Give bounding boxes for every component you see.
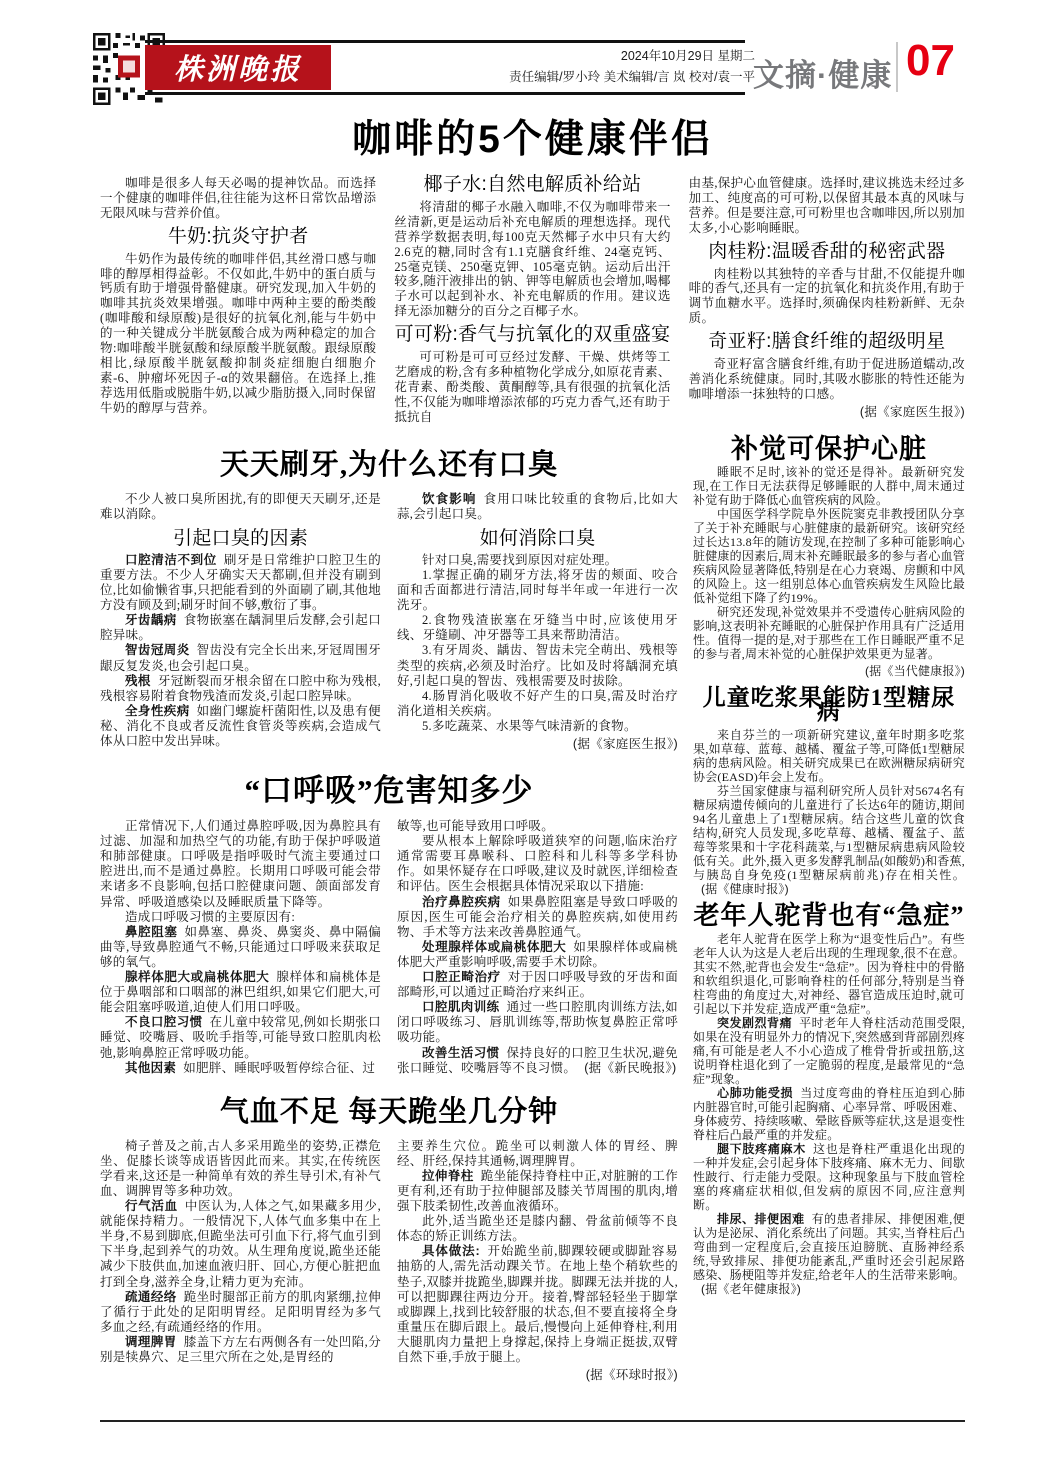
mouth-breathing-source: (据《新民晚报》) [584,1061,676,1075]
kneel-item: 调理脾胃膝盖下方左右两侧各有一处凹陷,分别是犊鼻穴、足三里穴所在之处,是胃经的 [100,1335,381,1365]
mouth-lead: 腺样体肥大或扁桃体肥大 [125,970,269,984]
coffee-cocoa-head: 可可粉:香气与抗氧化的双重盛宴 [394,328,670,343]
bad-breath-causes-head: 引起口臭的因素 [100,531,381,546]
mouth-item: 处理腺样体或扁桃体肥大如果腺样体或扁桃体肥大严重影响呼吸,需要手术切除。 [397,940,678,970]
remove-item: 4.肠胃消化吸收不好产生的口臭,需及时治疗消化道相关疾病。 [397,689,678,719]
cause-item: 饮食影响食用口味比较重的食物后,比如大蒜,会引起口臭。 [397,492,678,522]
kneel-text: 开始跪坐前,脚踝较硬或脚趾容易抽筋的人,需先活动踝关节。在地上垫个稍软些的垫子,… [397,1244,678,1364]
mouth-paragraph: 造成口呼吸习惯的主要原因有: [100,910,381,925]
coffee-milk-body: 牛奶作为最传统的咖啡伴侣,其丝滑口感与咖啡的醇厚相得益彰。不仅如此,牛奶中的蛋白… [100,252,376,416]
remove-item: 2.食物残渣嵌塞在牙缝当中时,应该使用牙线、牙缝刷、冲牙器等工具来帮助清洁。 [397,613,678,643]
mouth-lead: 其他因素 [125,1061,176,1075]
bad-breath-intro: 不少人被口臭所困扰,有的即便天天刷牙,还是难以消除。 [100,492,381,522]
mouth-lead: 不良口腔习惯 [125,1015,203,1029]
hunchback-paragraph: 老年人驼背在医学上称为“退变性后凸”。有些老年人认为这是人老后出现的生理现象,很… [693,932,965,1016]
cause-item: 智齿冠周炎智齿没有完全长出来,牙冠周围牙龈反复发炎,也会引起口臭。 [100,643,381,673]
berries-paragraph: 来自芬兰的一项新研究建议,童年时期多吃浆果,如草莓、蓝莓、越橘、覆盆子等,可降低… [693,728,965,784]
nap-source: (据《当代健康报》) [693,664,965,678]
article-mouth-breathing: “口呼吸”危害知多少 正常情况下,人们通过鼻腔呼吸,因为鼻腔具有过滤、加湿和加热… [100,765,678,1076]
article-mouth-breathing-title: “口呼吸”危害知多少 [100,765,678,810]
coffee-coconut-body: 将清甜的椰子水融入咖啡,不仅为咖啡带来一丝清新,更是运动后补充电解质的理想选择。… [394,200,670,319]
hunchback-lead: 排尿、排便困难 [717,1212,805,1226]
mouth-text: 如肥胖、睡眠呼吸暂停综合征、过 [183,1061,375,1075]
remove-item: 5.多吃蔬菜、水果等气味清新的食物。 [397,719,678,734]
right-rail: 补觉可保护心脏 睡眠不足时,该补的觉还是得补。最新研究发现,在工作日无法获得足够… [693,438,965,1397]
cause-lead: 残根 [125,674,151,688]
coffee-coconut-head: 椰子水:自然电解质补给站 [394,178,670,193]
nap-paragraph: 睡眠不足时,该补的觉还是得补。最新研究发现,在工作日无法获得足够睡眠的人群中,周… [693,465,965,507]
editors-line: 责任编辑/罗小玲 美术编辑/言 岚 校对/袁一平 [400,67,755,88]
coffee-column-3: 由基,保护心血管健康。选择时,建议挑选未经过多加工、纯度高的可可粉,以保留其最本… [689,176,965,425]
kneeling-source: (据《环球时报》) [397,1368,678,1383]
kneel-lead: 调理脾胃 [125,1335,177,1349]
mouth-item: 改善生活习惯保持良好的口腔卫生状况,避免张口睡觉、咬嘴唇等不良习惯。(据《新民晚… [397,1046,678,1076]
date-line: 2024年10月29日 星期二 [400,46,755,67]
kneeling-column-1: 椅子普及之前,古人多采用跪坐的姿势,正襟危坐、促膝长谈等成语皆因此而来。其实,在… [100,1139,381,1384]
kneel-item: 疏通经络跪坐时腿部正前方的肌肉紧绷,拉伸了循行于此处的足阳明胃经。足阳明胃经为多… [100,1290,381,1335]
kneel-lead: 行气活血 [125,1199,178,1213]
masthead-logo: 株洲晚报 [145,45,331,90]
newspaper-page: 株洲晚报 2024年10月29日 星期二 责任编辑/罗小玲 美术编辑/言 岚 校… [0,0,1039,1459]
coffee-source: (据《家庭医生报》) [689,405,965,420]
mouth-paragraph: 正常情况下,人们通过鼻腔呼吸,因为鼻腔具有过滤、加湿和加热空气的功能,有助于保护… [100,819,381,910]
coffee-chia-head: 奇亚籽:膳食纤维的超级明星 [689,335,965,350]
mouth-item: 口腔肌肉训练通过一些口腔肌肉训练方法,如闭口呼吸练习、唇肌训练等,帮助恢复鼻腔正… [397,1000,678,1045]
cause-item: 牙齿龋病食物嵌塞在龋洞里后发酵,会引起口腔异味。 [100,613,381,643]
hunchback-lead: 心肺功能受损 [717,1086,793,1100]
article-kneeling-title: 气血不足 每天跪坐几分钟 [100,1089,678,1130]
berries-source: (据《健康时报》) [701,882,789,896]
mouth-breathing-column-1: 正常情况下,人们通过鼻腔呼吸,因为鼻腔具有过滤、加湿和加热空气的功能,有助于保护… [100,819,381,1076]
article-kneeling: 气血不足 每天跪坐几分钟 椅子普及之前,古人多采用跪坐的姿势,正襟危坐、促膝长谈… [100,1089,678,1384]
coffee-cocoa-body-part1: 可可粉是可可豆经过发酵、干燥、烘烤等工艺磨成的粉,含有多种植物化学成分,如原花青… [394,350,670,425]
hunchback-item: 突发剧烈背痛平时老年人脊柱活动范围受限,如果在没有明显外力的情况下,突然感到背部… [693,1016,965,1086]
hunchback-lead: 突发剧烈背痛 [717,1016,792,1030]
coffee-milk-head: 牛奶:抗炎守护者 [100,230,376,245]
section-title: 文摘·健康 [753,50,892,95]
mouth-paragraph: 敏等,也可能导致用口呼吸。 [397,819,678,834]
hunchback-item: 腿下肢疼痛麻木这也是脊柱严重退化出现的一种并发症,会引起身体下肢疼痛、麻木无力、… [693,1142,965,1212]
header-rule-top [145,40,745,43]
kneel-item: 行气活血中医认为,人体之气,如果藏多用少,就能保持精力。一般情况下,人体气血多集… [100,1199,381,1290]
cause-item: 全身性疾病如幽门螺旋杆菌阳性,以及患有便秘、消化不良或者反流性食管炎等疾病,会造… [100,704,381,749]
header-rule-bottom [145,92,745,95]
cause-lead: 全身性疾病 [125,704,190,718]
hunchback-lead: 腿下肢疼痛麻木 [717,1142,806,1156]
cause-item: 残根牙冠断裂而牙根余留在口腔中称为残根,残根容易附着食物残渣而发炎,引起口腔异味… [100,674,381,704]
nap-paragraph: 研究还发现,补觉效果并不受遗传心脏病风险的影响,这表明补充睡眠的心脏保护作用具有… [693,605,965,661]
mouth-lead: 口腔肌肉训练 [422,1000,500,1014]
mouth-item: 不良口腔习惯在儿童中较常见,例如长期张口睡觉、咬嘴唇、吸吮手指等,可能导致口腔肌… [100,1015,381,1060]
coffee-chia-body: 奇亚籽富含膳食纤维,有助于促进肠道蠕动,改善消化系统健康。同时,其吸水膨胀的特性… [689,357,965,402]
coffee-column-2: 椰子水:自然电解质补给站 将清甜的椰子水融入咖啡,不仅为咖啡带来一丝清新,更是运… [394,176,670,425]
header-divider [896,42,898,92]
mouth-item: 腺样体肥大或扁桃体肥大腺样体和扁桃体是位于鼻咽部和口咽部的淋巴组织,如果它们肥大… [100,970,381,1015]
mouth-paragraph: 要从根本上解除呼吸道狭窄的问题,临床治疗通常需要耳鼻喉科、口腔科和儿科等多学科协… [397,834,678,894]
bad-breath-column-1: 不少人被口臭所困扰,有的即便天天刷牙,还是难以消除。 引起口臭的因素 口腔清洁不… [100,492,381,753]
article-hunchback-title: 老年人驼背也有“急症” [693,909,965,923]
kneel-paragraph: 主要养生穴位。跪坐可以刺激人体的胃经、脾经、肝经,保持其通畅,调理脾胃。 [397,1139,678,1169]
bad-breath-remove-intro: 针对口臭,需要找到原因对症处理。 [397,553,678,568]
bad-breath-column-2: 饮食影响食用口味比较重的食物后,比如大蒜,会引起口臭。 如何消除口臭 针对口臭,… [397,492,678,753]
kneel-paragraph: 椅子普及之前,古人多采用跪坐的姿势,正襟危坐、促膝长谈等成语皆因此而来。其实,在… [100,1139,381,1199]
article-hunchback: 老年人驼背也有“急症” 老年人驼背在医学上称为“退变性后凸”。有些老年人认为这是… [693,909,965,1296]
page-content: 咖啡的5个健康伴侣 咖啡是很多人每天必喝的提神饮品。而选择一个健康的咖啡伴侣,往… [100,106,965,1396]
bad-breath-remove-head: 如何消除口臭 [397,531,678,546]
article-nap-title: 补觉可保护心脏 [693,442,965,456]
mouth-lead: 鼻腔阻塞 [125,925,178,939]
hunchback-source: (据《老年健康报》) [701,1282,801,1296]
kneeling-column-2: 主要养生穴位。跪坐可以刺激人体的胃经、脾经、肝经,保持其通畅,调理脾胃。 拉伸脊… [397,1139,678,1384]
article-coffee-title: 咖啡的5个健康伴侣 [100,108,965,164]
kneel-paragraph: 此外,适当跪坐还是膝内翻、骨盆前倾等不良体态的矫正训练方法。 [397,1214,678,1244]
mouth-item: 治疗鼻腔疾病如果鼻腔阻塞是导致口呼吸的原因,医生可能会治疗相关的鼻腔疾病,如使用… [397,895,678,940]
remove-item: 1.掌握正确的刷牙方法,将牙齿的颊面、咬合面和舌面都进行清洁,同时每半年或一年进… [397,568,678,613]
coffee-cinnamon-body: 肉桂粉以其独特的辛香与甘甜,不仅能提升咖啡的香气,还具有一定的抗氧化和抗炎作用,… [689,267,965,327]
mouth-lead: 改善生活习惯 [422,1046,500,1060]
berries-text: 芬兰国家健康与福利研究所人员针对5674名有糖尿病遗传倾向的儿童进行了长达6年的… [693,784,965,882]
coffee-column-1: 咖啡是很多人每天必喝的提神饮品。而选择一个健康的咖啡伴侣,往往能为这杯日常饮品增… [100,176,376,425]
mouth-lead: 治疗鼻腔疾病 [422,895,501,909]
coffee-cinnamon-head: 肉桂粉:温暖香甜的秘密武器 [689,245,965,260]
bottom-rule [100,1420,965,1422]
mouth-lead: 口腔正畸治疗 [422,970,501,984]
berries-paragraph: 芬兰国家健康与福利研究所人员针对5674名有糖尿病遗传倾向的儿童进行了长达6年的… [693,784,965,896]
kneel-lead: 拉伸脊柱 [422,1169,474,1183]
cause-item: 口腔清洁不到位刷牙是日常维护口腔卫生的重要方法。不少人牙确实天天都刷,但并没有刷… [100,553,381,613]
article-nap: 补觉可保护心脏 睡眠不足时,该补的觉还是得补。最新研究发现,在工作日无法获得足够… [693,442,965,678]
article-berries: 儿童吃浆果能防1型糖尿病 来自芬兰的一项新研究建议,童年时期多吃浆果,如草莓、蓝… [693,691,965,896]
kneel-item: 拉伸脊柱跪坐能保持脊柱中正,对脏腑的工作更有利,还有助于拉伸腿部及膝关节周围的肌… [397,1169,678,1214]
remove-item: 3.有牙周炎、龋齿、智齿未完全萌出、残根等类型的疾病,必须及时治疗。比如及时将龋… [397,643,678,688]
cause-lead: 饮食影响 [422,492,477,506]
mouth-item: 其他因素如肥胖、睡眠呼吸暂停综合征、过 [100,1061,381,1076]
mouth-item: 鼻腔阻塞如鼻塞、鼻炎、鼻窦炎、鼻中隔偏曲等,导致鼻腔通气不畅,只能通过口呼吸来获… [100,925,381,970]
cause-lead: 口腔清洁不到位 [125,553,217,567]
kneel-lead: 具体做法: [422,1244,480,1258]
coffee-intro: 咖啡是很多人每天必喝的提神饮品。而选择一个健康的咖啡伴侣,往往能为这杯日常饮品增… [100,176,376,221]
article-coffee: 咖啡的5个健康伴侣 咖啡是很多人每天必喝的提神饮品。而选择一个健康的咖啡伴侣,往… [100,108,965,425]
kneel-lead: 疏通经络 [125,1290,177,1304]
coffee-cocoa-body-part2: 由基,保护心血管健康。选择时,建议挑选未经过多加工、纯度高的可可粉,以保留其最本… [689,176,965,236]
hunchback-item: 排尿、排便困难有的患者排尿、排便困难,便认为是泌尿、消化系统出了问题。其实,当脊… [693,1212,965,1296]
header-meta: 2024年10月29日 星期二 责任编辑/罗小玲 美术编辑/言 岚 校对/袁一平 [400,46,755,88]
page-number: 07 [906,36,955,86]
kneel-item: 具体做法:开始跪坐前,脚踝较硬或脚趾容易抽筋的人,需先活动踝关节。在地上垫个稍软… [397,1244,678,1365]
cause-lead: 智齿冠周炎 [125,643,190,657]
mouth-item: 口腔正畸治疗对于因口呼吸导致的牙齿和面部畸形,可以通过正畸治疗来纠正。 [397,970,678,1000]
article-bad-breath: 天天刷牙,为什么还有口臭 不少人被口臭所困扰,有的即便天天刷牙,还是难以消除。 … [100,442,678,753]
article-bad-breath-title: 天天刷牙,为什么还有口臭 [100,442,678,483]
bad-breath-source: (据《家庭医生报》) [397,737,678,752]
mouth-lead: 处理腺样体或扁桃体肥大 [422,940,566,954]
cause-lead: 牙齿龋病 [125,613,177,627]
hunchback-item: 心肺功能受损当过度弯曲的脊柱压迫到心肺内脏器官时,可能引起胸痛、心率异常、呼吸困… [693,1086,965,1142]
article-berries-title: 儿童吃浆果能防1型糖尿病 [693,691,965,719]
mouth-breathing-column-2: 敏等,也可能导致用口呼吸。 要从根本上解除呼吸道狭窄的问题,临床治疗通常需要耳鼻… [397,819,678,1076]
nap-paragraph: 中国医学科学院阜外医院窦克非教授团队分享了关于补充睡眠与心脏健康的最新研究。该研… [693,507,965,605]
lower-left-section: 天天刷牙,为什么还有口臭 不少人被口臭所困扰,有的即便天天刷牙,还是难以消除。 … [100,438,678,1397]
